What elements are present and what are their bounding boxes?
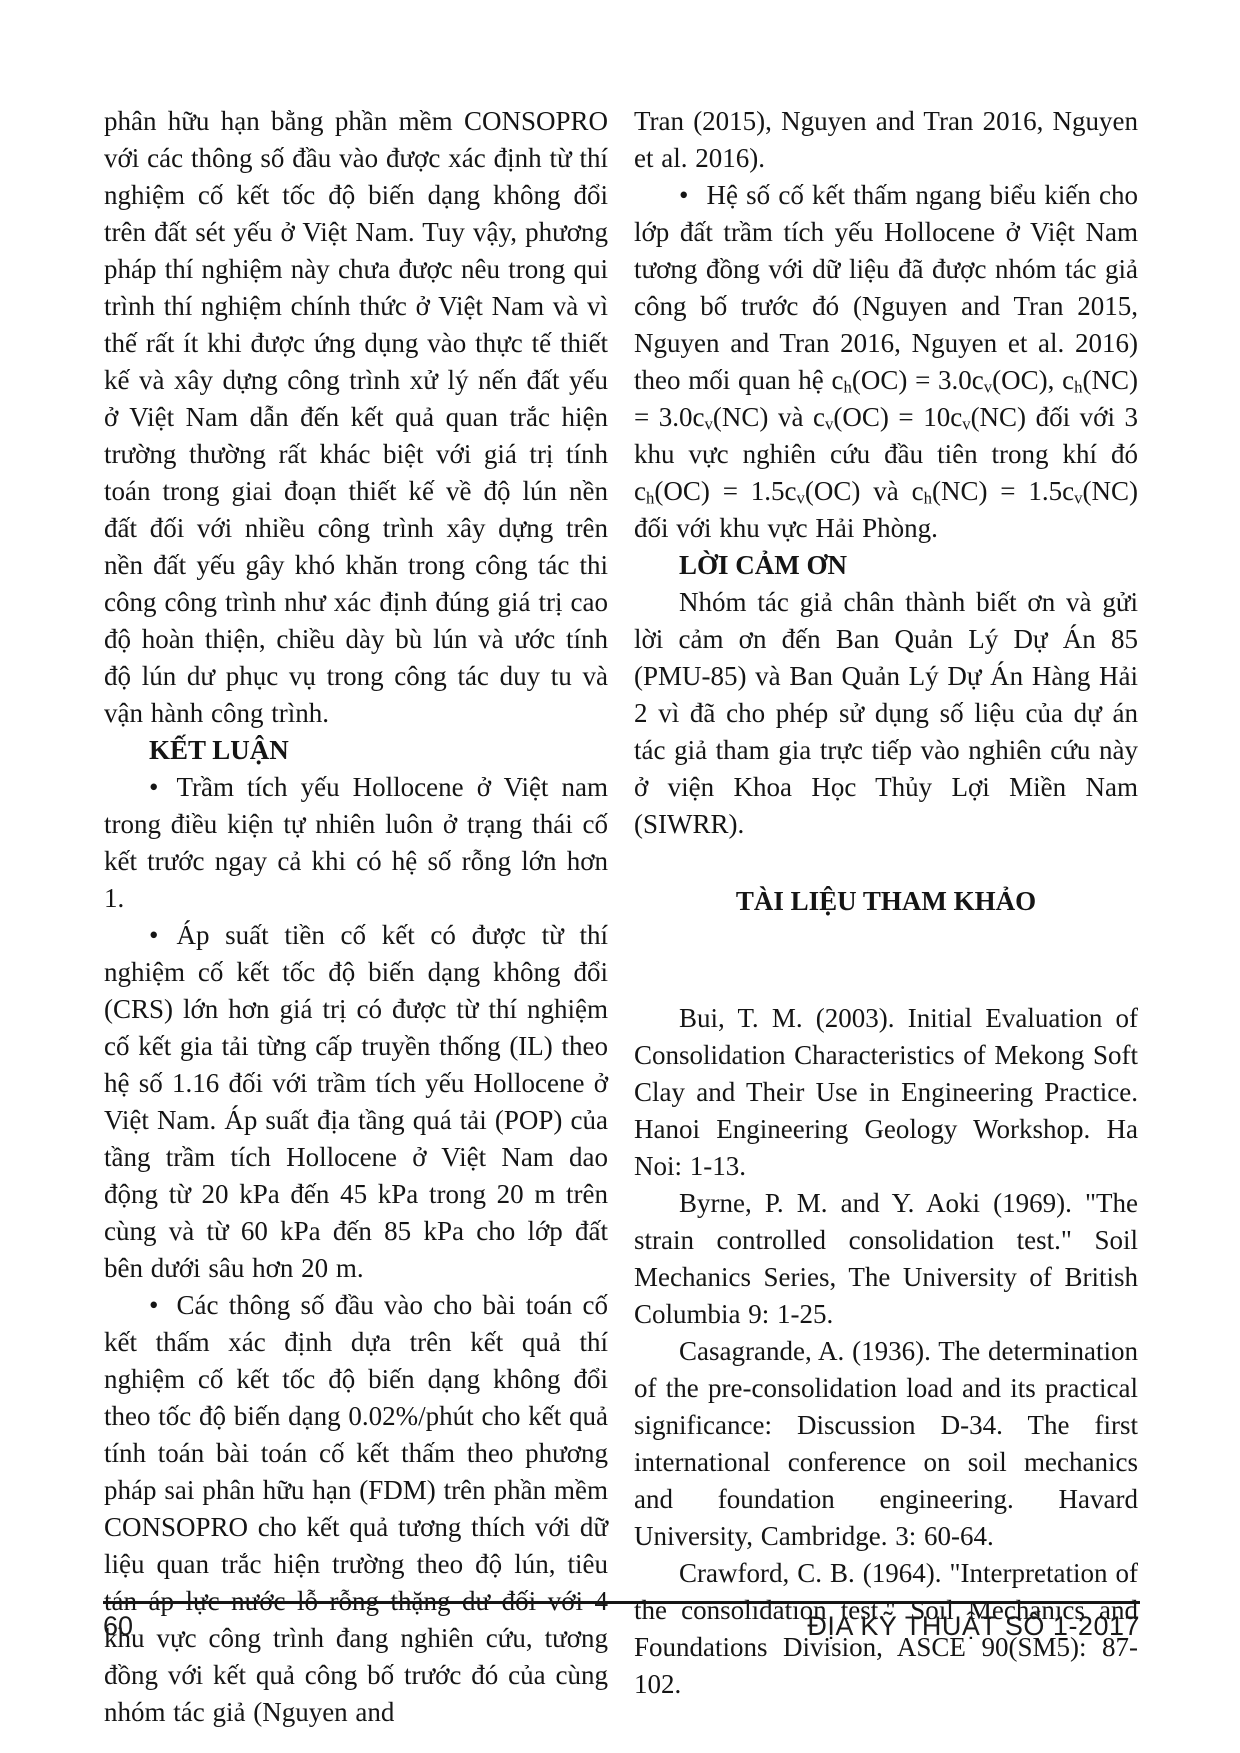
journal-title: ĐỊA KỸ THUẬT SỐ 1-2017 [807, 1611, 1140, 1642]
reference-entry: Byrne, P. M. and Y. Aoki (1969). "The st… [634, 1185, 1138, 1333]
bullet-icon: • [149, 772, 176, 802]
paragraph-continuation: phân hữu hạn bằng phần mềm CONSOPRO với … [104, 103, 608, 732]
bullet-text: Các thông số đầu vào cho bài toán cố kết… [104, 1290, 608, 1727]
right-column: Tran (2015), Nguyen and Tran 2016, Nguye… [634, 103, 1138, 1731]
bullet-icon: • [149, 920, 176, 950]
bullet-text: Áp suất tiền cố kết có được từ thí nghiệ… [104, 920, 608, 1283]
paragraph-continuation: Tran (2015), Nguyen and Tran 2016, Nguye… [634, 103, 1138, 177]
reference-entry: Bui, T. M. (2003). Initial Evaluation of… [634, 1000, 1138, 1185]
conclusion-bullet-4: •Hệ số cố kết thấm ngang biểu kiến cho l… [634, 177, 1138, 547]
left-column: phân hữu hạn bằng phần mềm CONSOPRO với … [104, 103, 608, 1731]
conclusion-bullet-3: •Các thông số đầu vào cho bài toán cố kế… [104, 1287, 608, 1731]
two-column-layout: phân hữu hạn bằng phần mềm CONSOPRO với … [0, 0, 1240, 1731]
bullet-text: Trầm tích yếu Hollocene ở Việt nam trong… [104, 772, 608, 913]
page-number: 60 [103, 1611, 133, 1642]
acknowledgments-paragraph: Nhóm tác giả chân thành biết ơn và gửi l… [634, 584, 1138, 843]
bullet-icon: • [149, 1290, 176, 1320]
references-heading: TÀI LIỆU THAM KHẢO [634, 883, 1138, 920]
paper-page: phân hữu hạn bằng phần mềm CONSOPRO với … [0, 0, 1240, 1753]
page-footer: 60 ĐỊA KỸ THUẬT SỐ 1-2017 [103, 1601, 1140, 1642]
bullet-icon: • [679, 180, 706, 210]
conclusion-heading: KẾT LUẬN [104, 732, 608, 769]
conclusion-bullet-1: •Trầm tích yếu Hollocene ở Việt nam tron… [104, 769, 608, 917]
conclusion-bullet-2: •Áp suất tiền cố kết có được từ thí nghi… [104, 917, 608, 1287]
reference-entry: Casagrande, A. (1936). The determination… [634, 1333, 1138, 1555]
bullet-text: Hệ số cố kết thấm ngang biểu kiến cho lớ… [634, 180, 1138, 543]
acknowledgments-heading: LỜI CẢM ƠN [634, 547, 1138, 584]
